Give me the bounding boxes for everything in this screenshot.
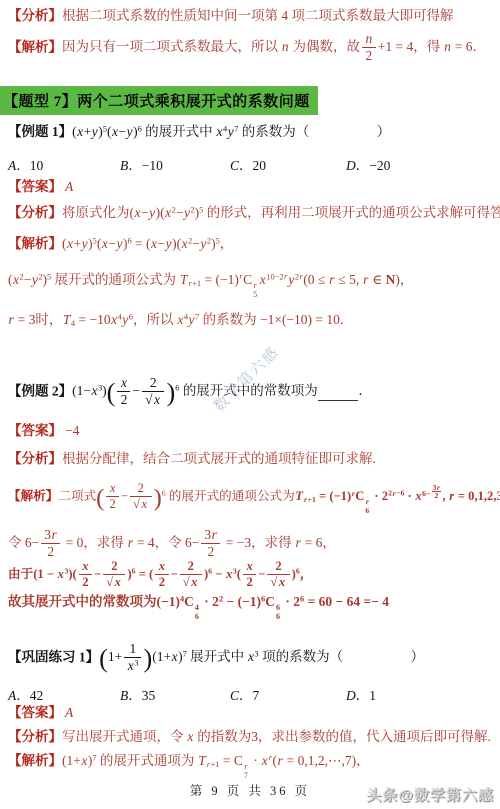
analysis-label: 【分析】 — [8, 8, 62, 23]
option-d: D．−20 — [346, 154, 496, 174]
option-c: C．7 — [230, 684, 346, 704]
practice1-options-row: A．42 B．35 C．7 D．1 — [8, 684, 496, 704]
analysis-label: 【分析】 — [8, 729, 62, 744]
example1-question: (x+y)5(x−y)6 的展开式中 x4y7 的系数为（ ） — [72, 124, 390, 139]
option-a: A．42 — [8, 684, 120, 704]
example2-solution-line2: 令 6−3r2 = 0，求得 r = 4，令 6−3r2 = −3，求得 r =… — [8, 528, 496, 559]
practice1-answer-line: 【答案】A — [8, 705, 496, 722]
example1-analysis-line: 【分析】将原式化为(x−y)(x2−y2)5 的形式，再利用二项展开式的通项公式… — [8, 205, 496, 222]
solution-text: (x+y)5(x−y)6 = (x−y)(x2−y2)5， — [62, 236, 233, 251]
analysis-text: 根据分配律，结合二项式展开式的通项特征即可求解. — [62, 451, 376, 466]
analysis-text: 将原式化为(x−y)(x2−y2)5 的形式，再利用二项展开式的通项公式求解可得… — [62, 205, 500, 220]
solution-text: r = 3时，T4 = −10x4y6，所以 x4y7 的系数为 −1×(−10… — [8, 312, 353, 327]
practice1-solution-line1: 【解析】(1+x)7 的展开式通项为 Tr+1 = Cr7 · xr(r = 0… — [8, 753, 496, 781]
option-a: A．10 — [8, 154, 120, 174]
practice1-question: (1+1x3)(1+x)7 展开式中 x3 项的系数为（ ） — [99, 649, 424, 664]
analysis-label: 【分析】 — [8, 205, 62, 220]
option-b: B．−10 — [120, 154, 230, 174]
practice1-question-line: 【巩固练习 1】(1+1x3)(1+x)7 展开式中 x3 项的系数为（ ） — [8, 642, 496, 673]
example2-solution-line3: 由于(1 − x3)(x2−2√x)6 = (x2−2√x)6 − x3(x2−… — [8, 560, 496, 589]
example2-solution-line1: 【解析】二项式(x2−2√x)6 的展开式的通项公式为Tr+1 = (−1)rC… — [8, 482, 496, 515]
example2-solution-line4: 故其展开式中的常数项为(−1)4C46 · 22 − (−1)6C66 · 26… — [8, 594, 496, 622]
answer-label: 【答案】 — [8, 179, 62, 194]
example2-answer-line: 【答案】−4 — [8, 423, 496, 440]
example1-solution-line3: r = 3时，T4 = −10x4y6，所以 x4y7 的系数为 −1×(−10… — [8, 312, 496, 329]
option-c: C．20 — [230, 154, 346, 174]
answer-label: 【答案】 — [8, 705, 62, 720]
answer-value: A — [62, 179, 73, 194]
solution-text: (x2−y2)5 展开式的通项公式为 Tr+1 = (−1)rCr5x10−2r… — [8, 272, 413, 287]
answer-label: 【答案】 — [8, 423, 62, 438]
example2-analysis-line: 【分析】根据分配律，结合二项式展开式的通项特征即可求解. — [8, 451, 496, 468]
solution-text: 令 6−3r2 = 0，求得 r = 4，令 6−3r2 = −3，求得 r =… — [8, 535, 336, 550]
example1-options-row: A．10 B．−10 C．20 D．−20 — [8, 154, 496, 174]
answer-value: −4 — [62, 423, 79, 438]
practice1-label: 【巩固练习 1】 — [8, 649, 99, 664]
option-d: D．1 — [346, 684, 496, 704]
solution-label: 【解析】 — [8, 489, 58, 503]
example1-answer-line: 【答案】A — [8, 179, 496, 196]
solution-label: 【解析】 — [8, 236, 62, 251]
topic-heading: 【题型 7】两个二项式乘积展开式的系数问题 — [0, 86, 318, 115]
document-page: 【分析】根据二项式系数的性质知中间一项第 4 项二项式系数最大即可得解 【解析】… — [0, 0, 500, 809]
solution-label: 【解析】 — [8, 39, 62, 54]
example1-label: 【例题 1】 — [8, 124, 72, 139]
corner-watermark: 头条@数学第六感 — [366, 784, 494, 805]
solution-label: 【解析】 — [8, 753, 62, 768]
example1-solution-line1: 【解析】(x+y)5(x−y)6 = (x−y)(x2−y2)5， — [8, 236, 496, 253]
prev-analysis-line: 【分析】根据二项式系数的性质知中间一项第 4 项二项式系数最大即可得解 — [8, 8, 496, 25]
solution-text: 由于(1 − x3)(x2−2√x)6 = (x2−2√x)6 − x3(x2−… — [8, 567, 312, 581]
analysis-text: 根据二项式系数的性质知中间一项第 4 项二项式系数最大即可得解 — [62, 8, 454, 23]
solution-text: 故其展开式中的常数项为(−1)4C46 · 22 − (−1)6C66 · 26… — [8, 594, 389, 609]
prev-solution-line: 【解析】因为只有一项二项式系数最大，所以 n 为偶数，故n2+1 = 4，得 n… — [8, 32, 496, 63]
analysis-label: 【分析】 — [8, 451, 62, 466]
example1-solution-line2: (x2−y2)5 展开式的通项公式为 Tr+1 = (−1)rCr5x10−2r… — [8, 272, 496, 300]
solution-text: (1+x)7 的展开式通项为 Tr+1 = Cr7 · xr(r = 0,1,2… — [62, 753, 370, 768]
analysis-text: 写出展开式通项，令 x 的指数为3，求出参数的值，代入通项后即可得解. — [62, 729, 491, 744]
example2-label: 【例题 2】 — [8, 383, 72, 398]
option-b: B．35 — [120, 684, 230, 704]
practice1-analysis-line: 【分析】写出展开式通项，令 x 的指数为3，求出参数的值，代入通项后即可得解. — [8, 729, 496, 746]
answer-value: A — [62, 705, 73, 720]
solution-text: 因为只有一项二项式系数最大，所以 n 为偶数，故n2+1 = 4，得 n = 6… — [62, 39, 486, 54]
example1-question-line: 【例题 1】(x+y)5(x−y)6 的展开式中 x4y7 的系数为（ ） — [8, 124, 496, 141]
solution-text: 二项式(x2−2√x)6 的展开式的通项公式为Tr+1 = (−1)rCr6 ·… — [58, 489, 500, 503]
